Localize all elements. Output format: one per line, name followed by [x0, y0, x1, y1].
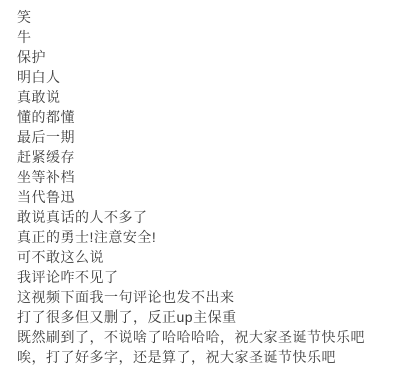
- comment-line: 可不敢这么说: [17, 247, 390, 267]
- comment-line: 我评论咋不见了: [17, 267, 390, 287]
- comment-line: 牛: [17, 27, 390, 47]
- comment-line: 敢说真话的人不多了: [17, 207, 390, 227]
- comment-line: 懂的都懂: [17, 107, 390, 127]
- comment-line: 最后一期: [17, 127, 390, 147]
- comment-line: 赶紧缓存: [17, 147, 390, 167]
- comment-line: 保护: [17, 47, 390, 67]
- comment-list: 笑牛保护明白人真敢说懂的都懂最后一期赶紧缓存坐等补档当代鲁迅敢说真话的人不多了真…: [0, 0, 400, 367]
- comment-line: 既然刷到了，不说啥了哈哈哈哈，祝大家圣诞节快乐吧: [17, 327, 390, 347]
- comment-line: 这视频下面我一句评论也发不出来: [17, 287, 390, 307]
- comment-line: 打了很多但又删了，反正up主保重: [17, 307, 390, 327]
- comment-line: 坐等补档: [17, 167, 390, 187]
- comment-line: 笑: [17, 7, 390, 27]
- comment-line: 唉，打了好多字，还是算了，祝大家圣诞节快乐吧: [17, 347, 390, 367]
- comment-line: 明白人: [17, 67, 390, 87]
- comment-line: 真正的勇士!注意安全!: [17, 227, 390, 247]
- comment-line: 真敢说: [17, 87, 390, 107]
- comment-line: 当代鲁迅: [17, 187, 390, 207]
